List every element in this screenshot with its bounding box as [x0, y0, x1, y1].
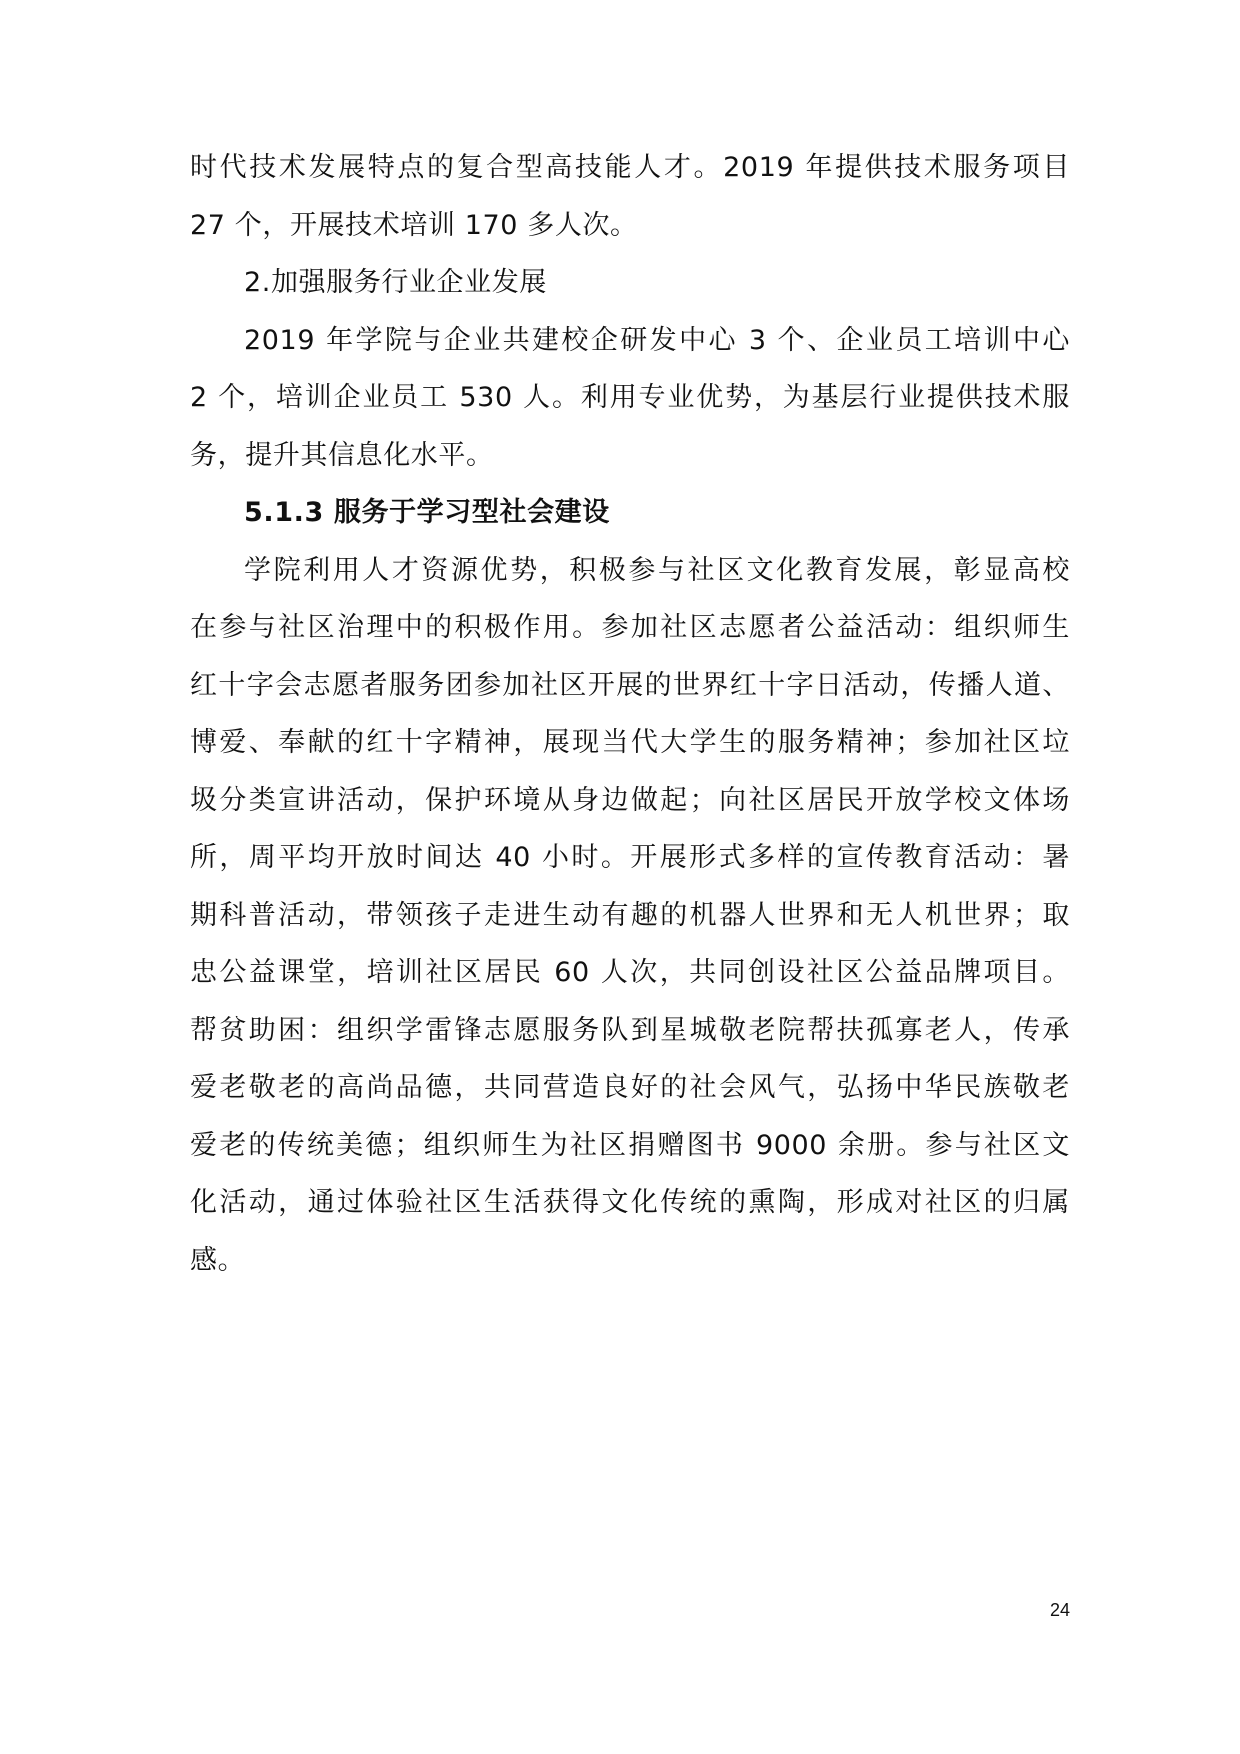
page-number: 24 [1030, 1600, 1070, 1621]
paragraph-line: 红十字会志愿者服务团参加社区开展的世界红十字日活动，传播人道、 [190, 666, 1070, 706]
paragraph-line: 忠公益课堂，培训社区居民 60 人次，共同创设社区公益品牌项目。 [190, 953, 1070, 993]
section-heading: 5.1.3 服务于学习型社会建设 [244, 493, 1070, 533]
paragraph-line: 学院利用人才资源优势，积极参与社区文化教育发展，彰显高校 [244, 551, 1070, 591]
paragraph-line: 所，周平均开放时间达 40 小时。开展形式多样的宣传教育活动：暑 [190, 838, 1070, 878]
paragraph-line: 2019 年学院与企业共建校企研发中心 3 个、企业员工培训中心 [244, 321, 1070, 361]
subheading: 2.加强服务行业企业发展 [244, 263, 1070, 303]
paragraph-line: 务，提升其信息化水平。 [190, 436, 1070, 476]
paragraph-line: 27 个，开展技术培训 170 多人次。 [190, 206, 1070, 246]
paragraph-line: 爱老的传统美德；组织师生为社区捐赠图书 9000 余册。参与社区文 [190, 1126, 1070, 1166]
paragraph-line: 化活动，通过体验社区生活获得文化传统的熏陶，形成对社区的归属 [190, 1183, 1070, 1223]
paragraph-line: 圾分类宣讲活动，保护环境从身边做起；向社区居民开放学校文体场 [190, 781, 1070, 821]
paragraph-line: 时代技术发展特点的复合型高技能人才。2019 年提供技术服务项目 [190, 148, 1070, 188]
document-page: 时代技术发展特点的复合型高技能人才。2019 年提供技术服务项目 27 个，开展… [0, 0, 1240, 1754]
paragraph-line: 期科普活动，带领孩子走进生动有趣的机器人世界和无人机世界；取 [190, 896, 1070, 936]
paragraph-line: 2 个，培训企业员工 530 人。利用专业优势，为基层行业提供技术服 [190, 378, 1070, 418]
paragraph-line: 在参与社区治理中的积极作用。参加社区志愿者公益活动：组织师生 [190, 608, 1070, 648]
paragraph-line: 爱老敬老的高尚品德，共同营造良好的社会风气，弘扬中华民族敬老 [190, 1068, 1070, 1108]
paragraph-line: 帮贫助困：组织学雷锋志愿服务队到星城敬老院帮扶孤寡老人，传承 [190, 1011, 1070, 1051]
paragraph-line: 感。 [190, 1241, 1070, 1281]
paragraph-line: 博爱、奉献的红十字精神，展现当代大学生的服务精神；参加社区垃 [190, 723, 1070, 763]
